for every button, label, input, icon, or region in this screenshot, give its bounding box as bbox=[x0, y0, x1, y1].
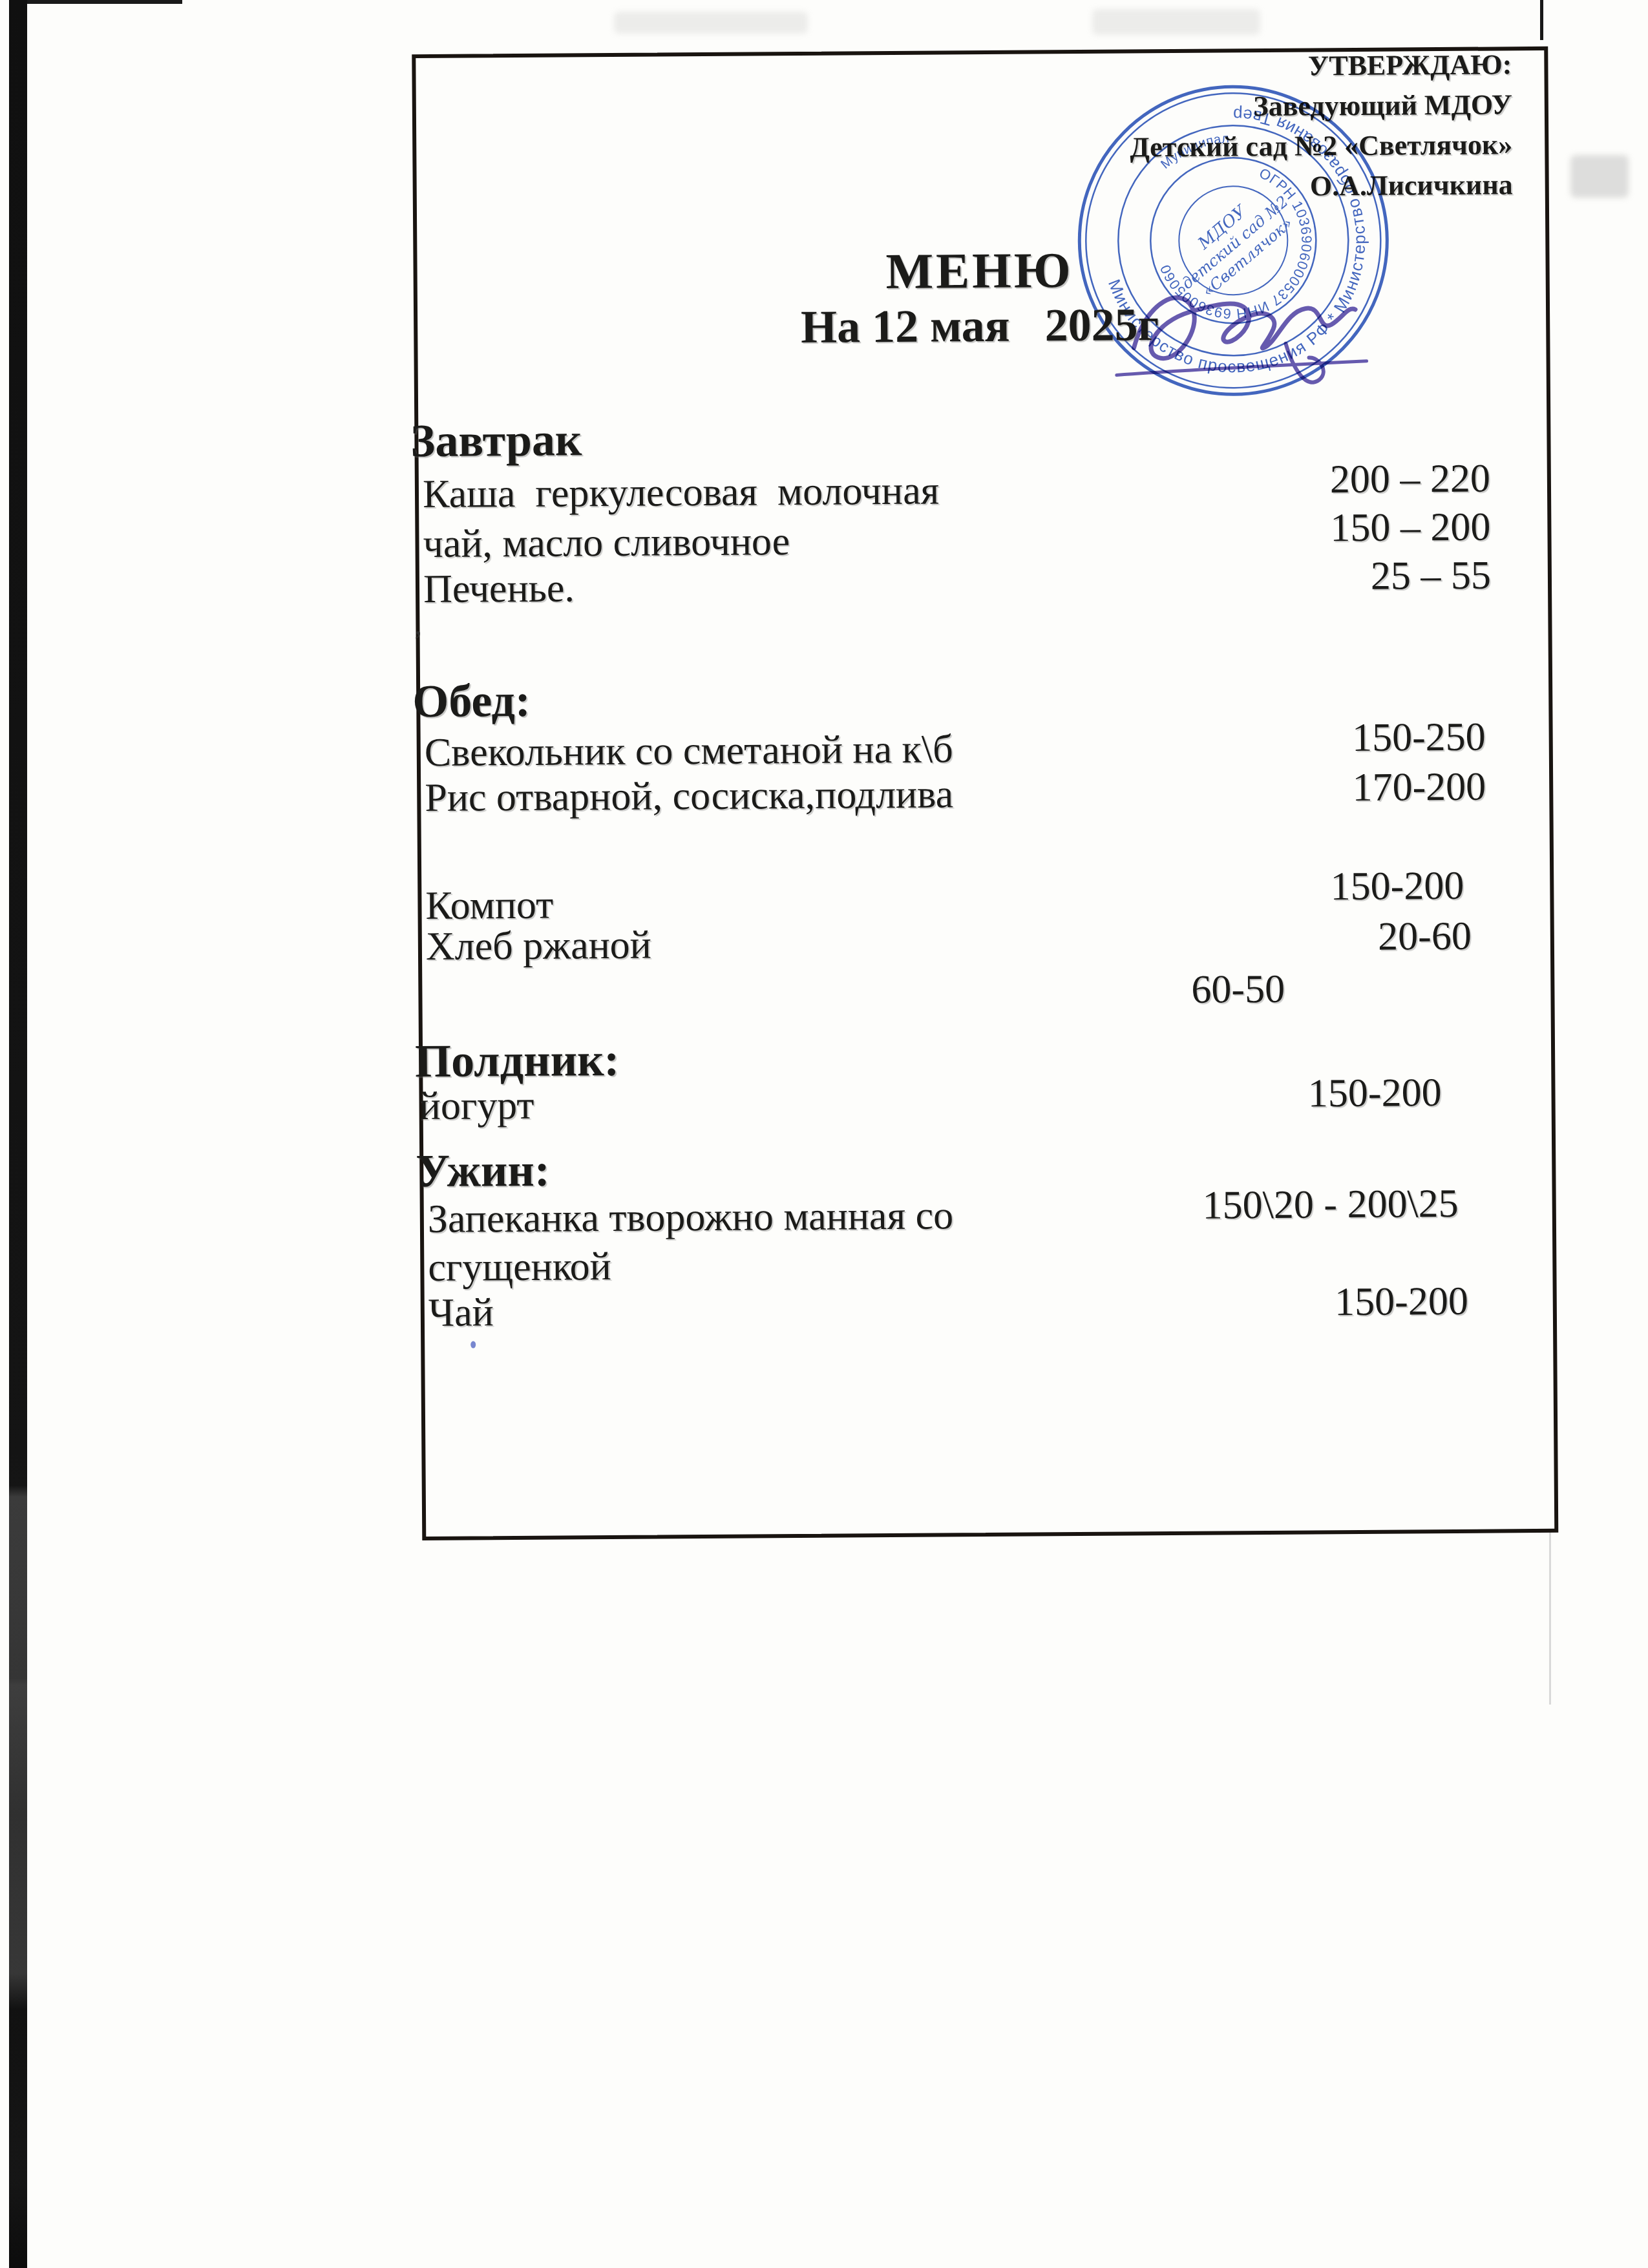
portion-value: 150-200 bbox=[1308, 1073, 1442, 1113]
svg-text:Муниципальное дошкольное образ: Муниципальное дошкольное образовательное… bbox=[1071, 78, 1231, 173]
portion-value: 150-200 bbox=[1330, 866, 1464, 907]
dish-name: Компот bbox=[425, 885, 553, 926]
dish-name: сгущенкой bbox=[428, 1246, 611, 1288]
document-body: УТВЕРЖДАЮ: Заведующий МДОУ Детский сад №… bbox=[408, 22, 1558, 1548]
portion-value: 150-250 bbox=[1352, 717, 1486, 758]
scanner-top-edge bbox=[27, 0, 182, 4]
page-fold-line-bottom bbox=[1549, 1530, 1551, 1705]
dish-name: Хлеб ржаной bbox=[426, 925, 651, 967]
scan-smudge bbox=[1570, 155, 1629, 198]
portion-value: 20-60 bbox=[1378, 916, 1472, 957]
dish-name: Печенье. bbox=[423, 568, 575, 609]
scan-artifact-apostrophe: ’ bbox=[413, 624, 423, 657]
dish-name: Чай bbox=[428, 1292, 494, 1333]
dish-name: Запеканка творожно манная со bbox=[428, 1195, 954, 1239]
scanner-edge-strip bbox=[9, 0, 27, 2268]
dish-name: йогурт bbox=[419, 1086, 534, 1126]
menu-title: МЕНЮ bbox=[409, 238, 1550, 304]
section-header-dinner: Ужин: bbox=[416, 1147, 550, 1194]
portion-value: 150\20 - 200\25 bbox=[1202, 1184, 1459, 1226]
portion-value: 170-200 bbox=[1352, 767, 1486, 808]
portion-value: 150-200 bbox=[1335, 1281, 1468, 1322]
portion-value: 200 – 220 bbox=[1330, 459, 1490, 500]
dish-name: Рис отварной, сосиска,подлива bbox=[425, 774, 953, 818]
section-header-breakfast: Завтрак bbox=[410, 416, 582, 464]
scanned-menu-page: { "approval": { "lines": [ "УТВЕРЖДАЮ:",… bbox=[0, 0, 1648, 2268]
dish-name: Свекольник со сметаной на к\б bbox=[425, 729, 953, 773]
menu-date: На 12 мая 2025г bbox=[410, 295, 1550, 357]
section-header-lunch: Обед: bbox=[412, 677, 531, 724]
dish-name: чай, масло сливочное bbox=[423, 521, 790, 564]
stamp-ring-text-middle: Муниципальное дошкольное образовательное… bbox=[1071, 78, 1231, 173]
section-header-snack: Полдник: bbox=[415, 1036, 620, 1084]
dish-name: Каша геркулесовая молочная bbox=[423, 470, 940, 514]
portion-value: 150 – 200 bbox=[1330, 507, 1490, 549]
stray-portion-value: 60-50 bbox=[1191, 969, 1285, 1010]
scan-artifact-dot bbox=[470, 1341, 476, 1349]
portion-value: 25 – 55 bbox=[1371, 556, 1491, 596]
